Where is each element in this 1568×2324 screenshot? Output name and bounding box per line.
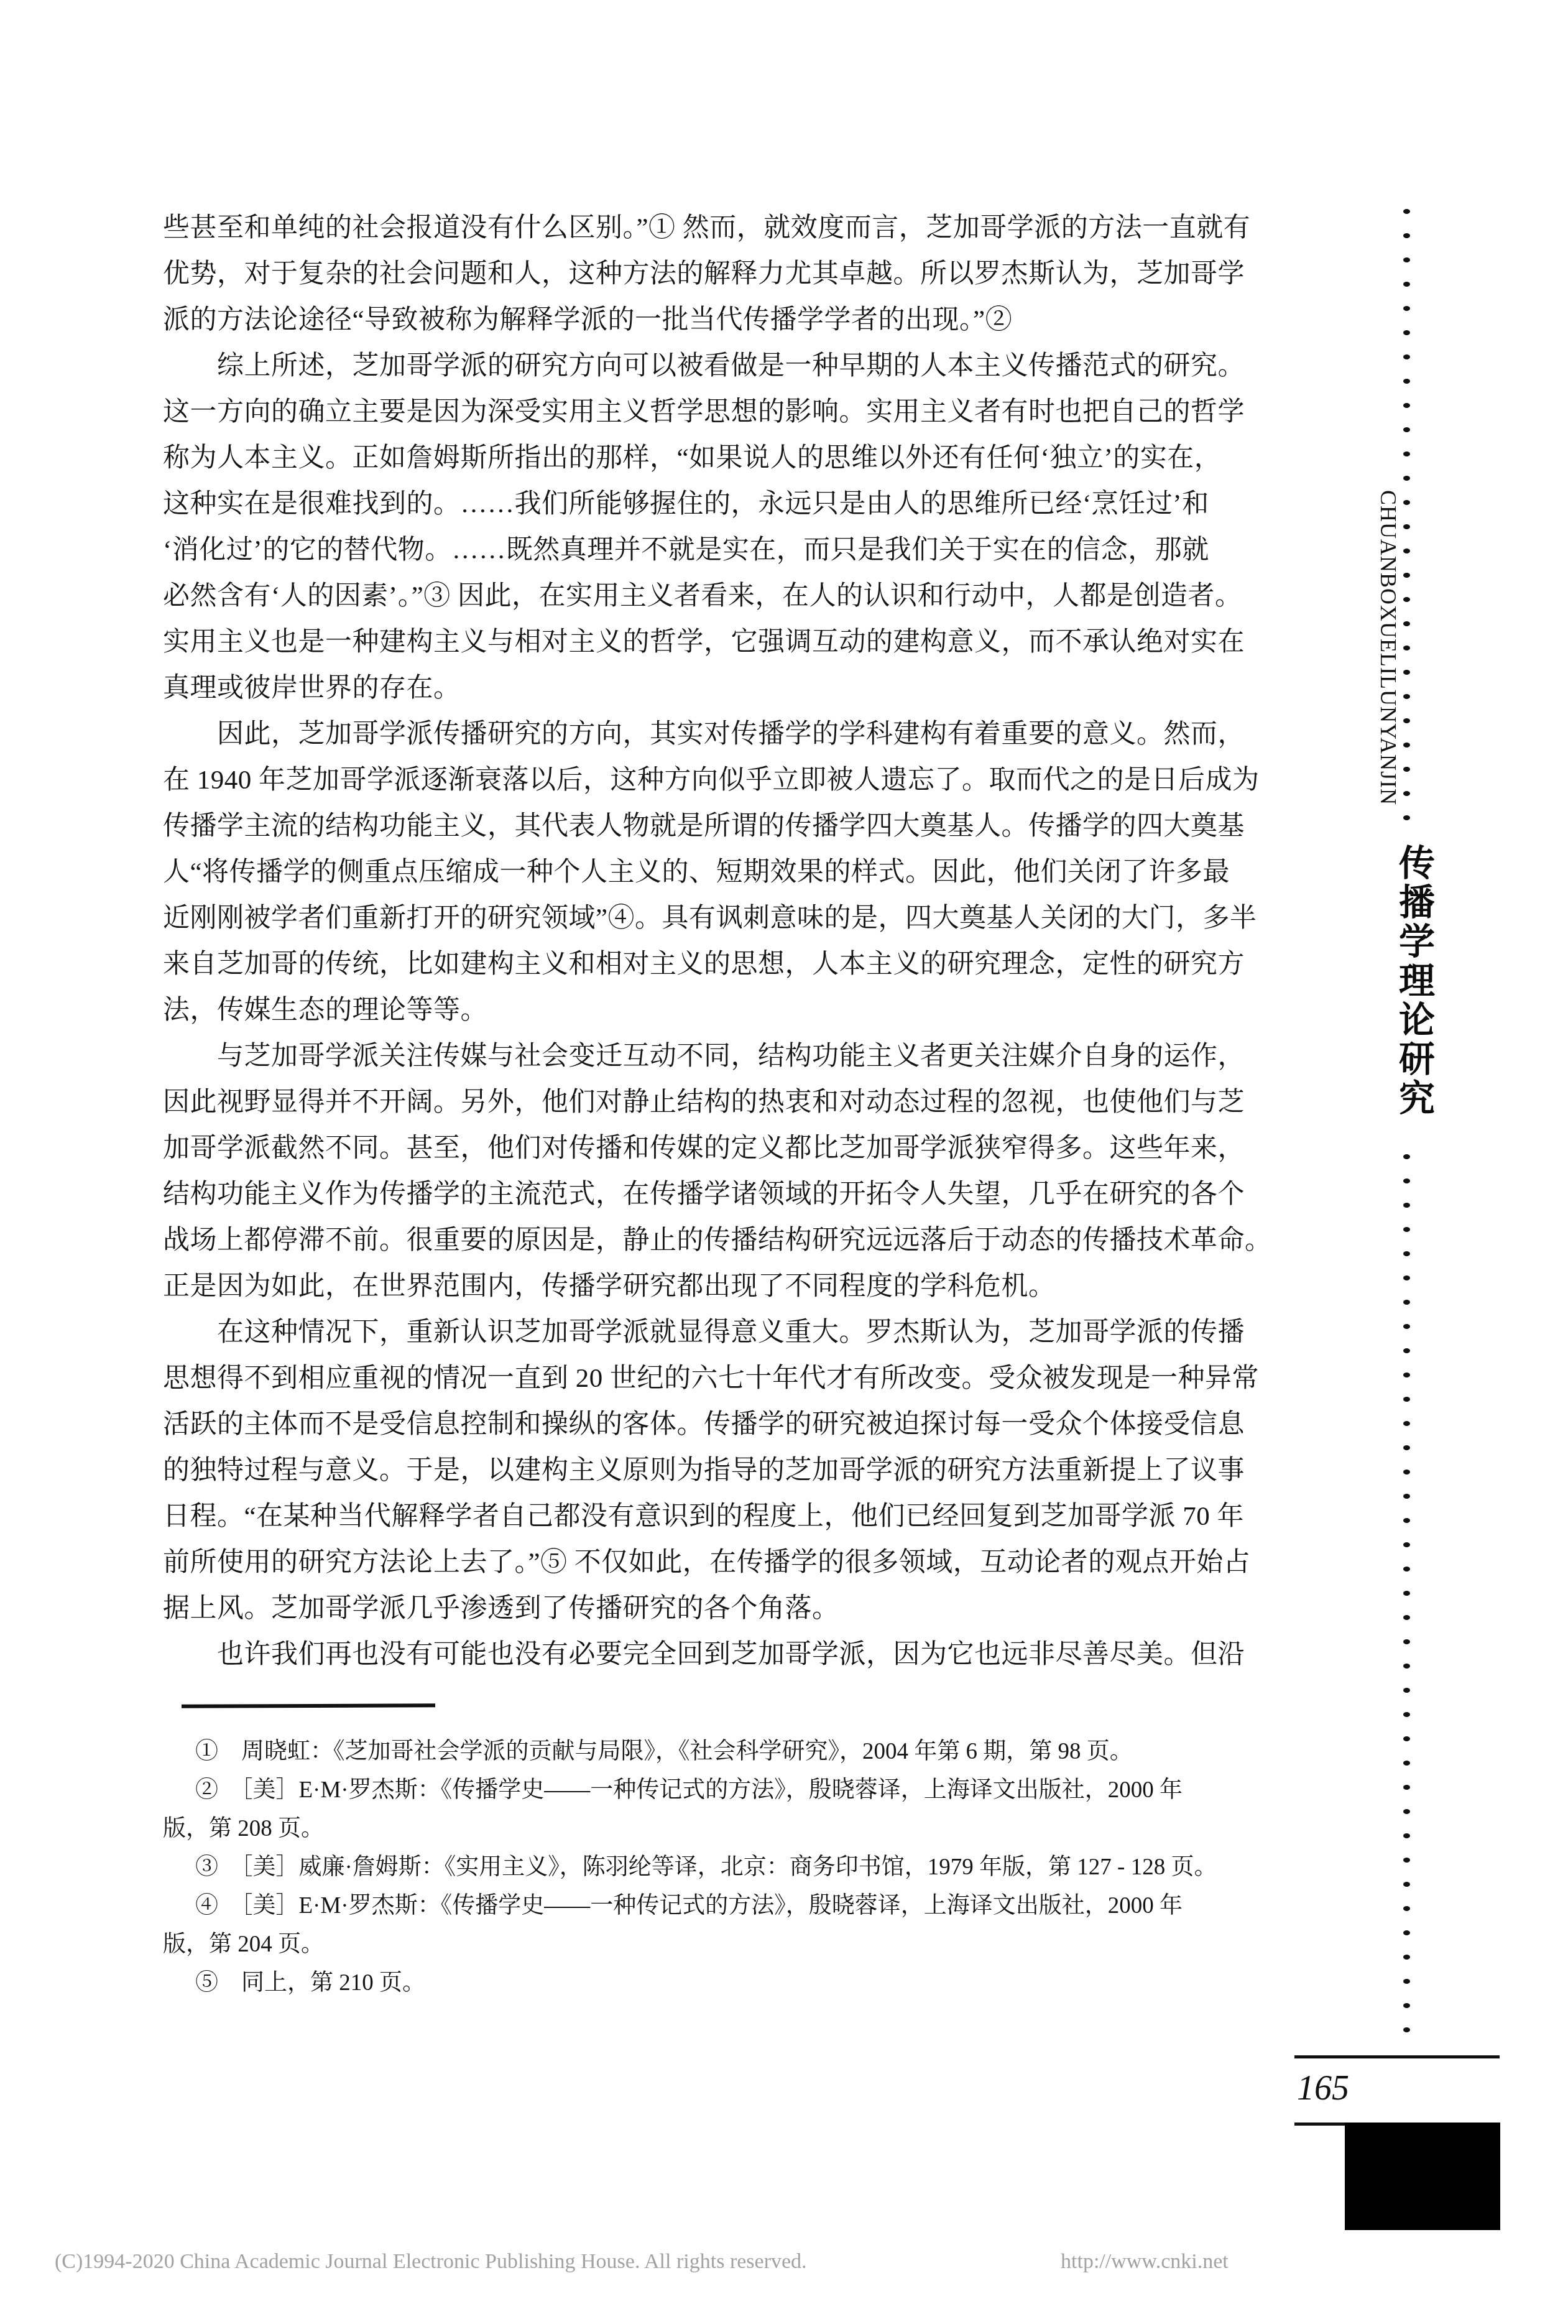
page-number-rule-bottom xyxy=(1294,2123,1349,2126)
dot-leader-dot xyxy=(1403,1955,1410,1960)
dot-leader-dot xyxy=(1403,1542,1410,1547)
dot-leader-dot xyxy=(1403,379,1410,384)
dot-leader-dot xyxy=(1403,1809,1410,1814)
dot-leader-dot xyxy=(1403,1397,1410,1402)
dot-leader-dot xyxy=(1403,1639,1410,1644)
dot-leader-dot xyxy=(1403,282,1410,287)
footnote-line: 版，第 204 页。 xyxy=(163,1925,1319,1964)
dot-leader-dot xyxy=(1403,549,1410,553)
dot-leader-dot xyxy=(1403,427,1410,432)
dot-leader-dot xyxy=(1403,1251,1410,1256)
dot-leader-dot xyxy=(1403,1979,1410,1984)
body-line: 称为人本主义。正如詹姆斯所指出的那样，“如果说人的思维以外还有任何‘独立’的实在… xyxy=(163,435,1302,481)
body-line: 人“将传播学的侧重点压缩成一种个人主义的、短期效果的样式。因此，他们关闭了许多最 xyxy=(163,850,1302,896)
dot-leader-dot xyxy=(1403,1930,1410,1935)
dot-leader-dot xyxy=(1403,1858,1410,1863)
dot-leader-dot xyxy=(1403,597,1410,602)
footnote-line: 版，第 208 页。 xyxy=(163,1810,1319,1848)
dot-leader-dot xyxy=(1403,1882,1410,1887)
dot-leader-dot xyxy=(1403,209,1410,214)
scanned-journal-page: 些甚至和单纯的社会报道没有什么区别。”① 然而，就效度而言，芝加哥学派的方法一直… xyxy=(0,0,1568,2324)
sidebar-pinyin-title: CHUANBOXUELILUNYANJIN xyxy=(1375,490,1401,820)
dot-leader-dot xyxy=(1403,791,1410,796)
footnote-line: ③ ［美］威廉·詹姆斯：《实用主义》，陈羽纶等译，北京：商务印书馆，1979 年… xyxy=(163,1848,1319,1887)
dot-leader-dot xyxy=(1403,1227,1410,1232)
dot-leader-dot xyxy=(1403,1906,1410,1911)
footer: (C)1994-2020 China Academic Journal Elec… xyxy=(0,2250,1568,2287)
body-line: 与芝加哥学派关注传媒与社会变迁互动不同，结构功能主义者更关注媒介自身的运作， xyxy=(163,1034,1302,1080)
footer-url: http://www.cnki.net xyxy=(1061,2250,1229,2274)
dot-leader-dot xyxy=(1403,1712,1410,1717)
body-line: 法，传媒生态的理论等等。 xyxy=(163,988,1302,1034)
sidebar-series-title: 传播学理论研究 xyxy=(1387,844,1439,1130)
footnote-line: ④ ［美］E·M·罗杰斯：《传播学史——一种传记式的方法》，殷晓蓉译，上海译文出… xyxy=(163,1887,1319,1925)
black-scan-block xyxy=(1345,2123,1500,2230)
body-line: 这一方向的确立主要是因为深受实用主义哲学思想的影响。实用主义者有时也把自己的哲学 xyxy=(163,389,1302,435)
dot-leader-dot xyxy=(1403,1688,1410,1693)
dot-leader-dot xyxy=(1403,743,1410,748)
sidebar-dot-leader-bottom xyxy=(1403,1154,1410,2052)
body-line: 近刚刚被学者们重新打开的研究领域”④。具有讽刺意味的是，四大奠基人关闭的大门，多… xyxy=(163,896,1302,942)
body-line: 在这种情况下，重新认识芝加哥学派就显得意义重大。罗杰斯认为，芝加哥学派的传播 xyxy=(163,1310,1302,1356)
dot-leader-dot xyxy=(1403,500,1410,505)
footnote-line: ⑤ 同上，第 210 页。 xyxy=(163,1964,1319,2002)
body-line: 在 1940 年芝加哥学派逐渐衰落以后，这种方向似乎立即被人遗忘了。取而代之的是… xyxy=(163,757,1302,803)
dot-leader-dot xyxy=(1403,670,1410,675)
dot-leader-dot xyxy=(1403,1591,1410,1596)
dot-leader-dot xyxy=(1403,2027,1410,2032)
dot-leader-dot xyxy=(1403,1445,1410,1450)
dot-leader-dot xyxy=(1403,1300,1410,1305)
body-line: 正是因为如此，在世界范围内，传播学研究都出现了不同程度的学科危机。 xyxy=(163,1264,1302,1310)
dot-leader-dot xyxy=(1403,330,1410,335)
footnotes: ① 周晓虹：《芝加哥社会学派的贡献与局限》，《社会科学研究》，2004 年第 6… xyxy=(163,1733,1319,2002)
body-line: 也许我们再也没有可能也没有必要完全回到芝加哥学派，因为它也远非尽善尽美。但沿 xyxy=(163,1632,1302,1678)
body-line: 实用主义也是一种建构主义与相对主义的哲学，它强调互动的建构意义，而不承认绝对实在 xyxy=(163,619,1302,665)
dot-leader-dot xyxy=(1403,524,1410,529)
dot-leader-dot xyxy=(1403,1324,1410,1329)
body-line: 的独特过程与意义。于是，以建构主义原则为指导的芝加哥学派的研究方法重新提上了议事 xyxy=(163,1448,1302,1494)
dot-leader-dot xyxy=(1403,1421,1410,1426)
body-line: 这种实在是很难找到的。……我们所能够握住的，永远只是由人的思维所已经‘烹饪过’和 xyxy=(163,481,1302,527)
dot-leader-dot xyxy=(1403,1664,1410,1669)
dot-leader-dot xyxy=(1403,1348,1410,1353)
dot-leader-dot xyxy=(1403,1567,1410,1572)
dot-leader-dot xyxy=(1403,1203,1410,1208)
dot-leader-dot xyxy=(1403,1470,1410,1474)
dot-leader-dot xyxy=(1403,718,1410,723)
page-number-rule-top xyxy=(1294,2055,1500,2058)
body-line: 战场上都停滞不前。很重要的原因是，静止的传播结构研究远远落后于动态的传播技术革命… xyxy=(163,1218,1302,1264)
body-line: 据上风。芝加哥学派几乎渗透到了传播研究的各个角落。 xyxy=(163,1586,1302,1632)
footnote-line: ② ［美］E·M·罗杰斯：《传播学史——一种传记式的方法》，殷晓蓉译，上海译文出… xyxy=(163,1771,1319,1810)
body-line: 因此视野显得并不开阔。另外，他们对静止结构的热衷和对动态过程的忽视，也使他们与芝 xyxy=(163,1080,1302,1126)
dot-leader-dot xyxy=(1403,1178,1410,1183)
dot-leader-dot xyxy=(1403,403,1410,408)
footer-copyright: (C)1994-2020 China Academic Journal Elec… xyxy=(55,2250,807,2274)
dot-leader-dot xyxy=(1403,646,1410,650)
body-line: 必然含有‘人的因素’。”③ 因此，在实用主义者看来，在人的认识和行动中，人都是创… xyxy=(163,573,1302,619)
dot-leader-dot xyxy=(1403,1833,1410,1838)
dot-leader-dot xyxy=(1403,1154,1410,1159)
dot-leader-dot xyxy=(1403,2003,1410,2008)
dot-leader-dot xyxy=(1403,1785,1410,1790)
footnote-separator-rule xyxy=(182,1703,435,1708)
dot-leader-dot xyxy=(1403,476,1410,481)
dot-leader-dot xyxy=(1403,1518,1410,1523)
body-line: 日程。“在某种当代解释学者自己都没有意识到的程度上，他们已经回复到芝加哥学派 7… xyxy=(163,1494,1302,1540)
body-line: ‘消化过’的它的替代物。……既然真理并不就是实在，而只是我们关于实在的信念，那就 xyxy=(163,527,1302,573)
body-line: 真理或彼岸世界的存在。 xyxy=(163,665,1302,711)
body-line: 优势，对于复杂的社会问题和人，这种方法的解释力尤其卓越。所以罗杰斯认为，芝加哥学 xyxy=(163,251,1302,297)
dot-leader-dot xyxy=(1403,354,1410,359)
dot-leader-dot xyxy=(1403,1615,1410,1620)
footnote-line: ① 周晓虹：《芝加哥社会学派的贡献与局限》，《社会科学研究》，2004 年第 6… xyxy=(163,1733,1319,1771)
sidebar-dot-leader-top xyxy=(1403,209,1410,840)
body-line: 综上所述，芝加哥学派的研究方向可以被看做是一种早期的人本主义传播范式的研究。 xyxy=(163,343,1302,389)
dot-leader-dot xyxy=(1403,257,1410,262)
dot-leader-dot xyxy=(1403,767,1410,772)
dot-leader-dot xyxy=(1403,1275,1410,1280)
body-line: 前所使用的研究方法论上去了。”⑤ 不仅如此，在传播学的很多领域，互动论者的观点开… xyxy=(163,1540,1302,1586)
body-line: 派的方法论途径“导致被称为解释学派的一批当代传播学学者的出现。”② xyxy=(163,297,1302,343)
body-line: 活跃的主体而不是受信息控制和操纵的客体。传播学的研究被迫探讨每一受众个体接受信息 xyxy=(163,1402,1302,1448)
dot-leader-dot xyxy=(1403,1494,1410,1499)
body-text: 些甚至和单纯的社会报道没有什么区别。”① 然而，就效度而言，芝加哥学派的方法一直… xyxy=(163,205,1302,1678)
dot-leader-dot xyxy=(1403,306,1410,311)
dot-leader-dot xyxy=(1403,573,1410,578)
body-line: 加哥学派截然不同。甚至，他们对传播和传媒的定义都比芝加哥学派狭窄得多。这些年来， xyxy=(163,1126,1302,1172)
page-number: 165 xyxy=(1297,2068,1349,2108)
body-line: 思想得不到相应重视的情况一直到 20 世纪的六七十年代才有所改变。受众被发现是一… xyxy=(163,1356,1302,1402)
dot-leader-dot xyxy=(1403,1736,1410,1741)
body-line: 来自芝加哥的传统，比如建构主义和相对主义的思想，人本主义的研究理念，定性的研究方 xyxy=(163,942,1302,988)
dot-leader-dot xyxy=(1403,1373,1410,1377)
dot-leader-dot xyxy=(1403,451,1410,456)
dot-leader-dot xyxy=(1403,694,1410,699)
dot-leader-dot xyxy=(1403,233,1410,238)
dot-leader-dot xyxy=(1403,1761,1410,1766)
body-line: 些甚至和单纯的社会报道没有什么区别。”① 然而，就效度而言，芝加哥学派的方法一直… xyxy=(163,205,1302,251)
body-line: 结构功能主义作为传播学的主流范式，在传播学诸领域的开拓令人失望，几乎在研究的各个 xyxy=(163,1172,1302,1218)
dot-leader-dot xyxy=(1403,815,1410,820)
body-line: 因此，芝加哥学派传播研究的方向，其实对传播学的学科建构有着重要的意义。然而， xyxy=(163,711,1302,757)
dot-leader-dot xyxy=(1403,621,1410,626)
body-line: 传播学主流的结构功能主义，其代表人物就是所谓的传播学四大奠基人。传播学的四大奠基 xyxy=(163,803,1302,850)
